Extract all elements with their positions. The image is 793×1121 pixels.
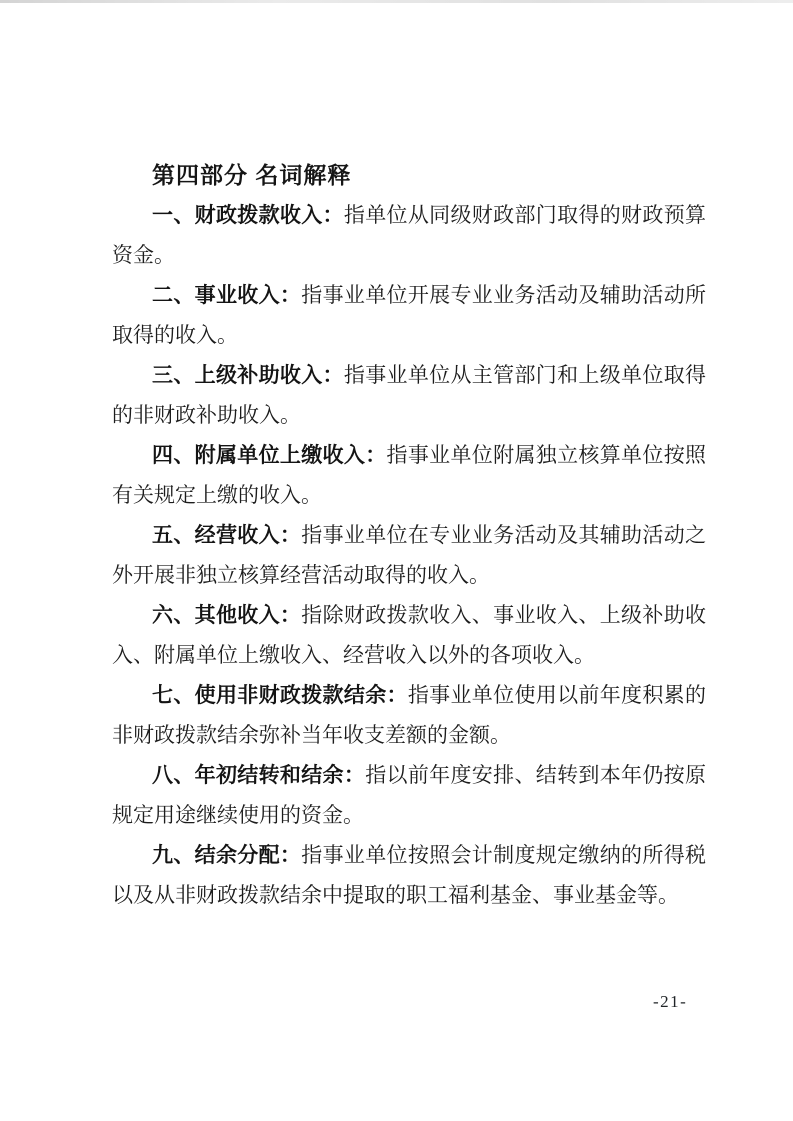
definition-line: 入、附属单位上缴收入、经营收入以外的各项收入。 bbox=[112, 635, 706, 675]
term-definition: 指事业单位按照会计制度规定缴纳的所得税 bbox=[301, 843, 706, 867]
definition-line: 以及从非财政拨款结余中提取的职工福利基金、事业基金等。 bbox=[112, 875, 706, 915]
term-label: 九、结余分配： bbox=[152, 843, 301, 867]
definition-item-7: 七、使用非财政拨款结余：指事业单位使用以前年度积累的 非财政拨款结余弥补当年收支… bbox=[112, 675, 706, 755]
section-title: 第四部分 名词解释 bbox=[112, 155, 706, 195]
definition-line: 六、其他收入：指除财政拨款收入、事业收入、上级补助收 bbox=[112, 595, 706, 635]
term-definition: 指事业单位从主管部门和上级单位取得 bbox=[344, 363, 706, 387]
term-definition: 指事业单位附属独立核算单位按照 bbox=[387, 443, 706, 467]
definition-line: 资金。 bbox=[112, 235, 706, 275]
definition-item-6: 六、其他收入：指除财政拨款收入、事业收入、上级补助收 入、附属单位上缴收入、经营… bbox=[112, 595, 706, 675]
term-label: 八、年初结转和结余： bbox=[152, 763, 365, 787]
term-definition: 指事业单位在专业业务活动及其辅助活动之 bbox=[301, 523, 706, 547]
definition-line: 外开展非独立核算经营活动取得的收入。 bbox=[112, 555, 706, 595]
definition-line: 七、使用非财政拨款结余：指事业单位使用以前年度积累的 bbox=[112, 675, 706, 715]
definition-item-5: 五、经营收入：指事业单位在专业业务活动及其辅助活动之 外开展非独立核算经营活动取… bbox=[112, 515, 706, 595]
term-label: 一、财政拨款收入： bbox=[152, 203, 344, 227]
document-page: 第四部分 名词解释 一、财政拨款收入：指单位从同级财政部门取得的财政预算 资金。… bbox=[0, 0, 793, 1121]
definition-item-1: 一、财政拨款收入：指单位从同级财政部门取得的财政预算 资金。 bbox=[112, 195, 706, 275]
term-label: 二、事业收入： bbox=[152, 283, 301, 307]
definition-line: 二、事业收入：指事业单位开展专业业务活动及辅助活动所 bbox=[112, 275, 706, 315]
definition-line: 五、经营收入：指事业单位在专业业务活动及其辅助活动之 bbox=[112, 515, 706, 555]
term-label: 四、附属单位上缴收入： bbox=[152, 443, 387, 467]
scan-artifact-top-edge bbox=[0, 0, 793, 3]
term-definition: 指除财政拨款收入、事业收入、上级补助收 bbox=[301, 603, 706, 627]
term-definition: 指单位从同级财政部门取得的财政预算 bbox=[344, 203, 706, 227]
definition-line: 取得的收入。 bbox=[112, 315, 706, 355]
term-label: 五、经营收入： bbox=[152, 523, 301, 547]
definition-line: 有关规定上缴的收入。 bbox=[112, 475, 706, 515]
term-definition: 指以前年度安排、结转到本年仍按原 bbox=[365, 763, 706, 787]
definition-line: 三、上级补助收入：指事业单位从主管部门和上级单位取得 bbox=[112, 355, 706, 395]
term-label: 七、使用非财政拨款结余： bbox=[152, 683, 408, 707]
definition-line: 的非财政补助收入。 bbox=[112, 395, 706, 435]
document-body: 第四部分 名词解释 一、财政拨款收入：指单位从同级财政部门取得的财政预算 资金。… bbox=[112, 155, 706, 915]
term-label: 三、上级补助收入： bbox=[152, 363, 344, 387]
term-definition: 指事业单位开展专业业务活动及辅助活动所 bbox=[301, 283, 706, 307]
definition-line: 非财政拨款结余弥补当年收支差额的金额。 bbox=[112, 715, 706, 755]
page-number: -21- bbox=[653, 992, 687, 1012]
term-definition: 指事业单位使用以前年度积累的 bbox=[408, 683, 706, 707]
term-label: 六、其他收入： bbox=[152, 603, 301, 627]
definition-line: 八、年初结转和结余：指以前年度安排、结转到本年仍按原 bbox=[112, 755, 706, 795]
definition-item-8: 八、年初结转和结余：指以前年度安排、结转到本年仍按原 规定用途继续使用的资金。 bbox=[112, 755, 706, 835]
definition-line: 四、附属单位上缴收入：指事业单位附属独立核算单位按照 bbox=[112, 435, 706, 475]
definition-line: 规定用途继续使用的资金。 bbox=[112, 795, 706, 835]
definition-item-3: 三、上级补助收入：指事业单位从主管部门和上级单位取得 的非财政补助收入。 bbox=[112, 355, 706, 435]
definition-line: 一、财政拨款收入：指单位从同级财政部门取得的财政预算 bbox=[112, 195, 706, 235]
definition-line: 九、结余分配：指事业单位按照会计制度规定缴纳的所得税 bbox=[112, 835, 706, 875]
definition-item-2: 二、事业收入：指事业单位开展专业业务活动及辅助活动所 取得的收入。 bbox=[112, 275, 706, 355]
definition-item-9: 九、结余分配：指事业单位按照会计制度规定缴纳的所得税 以及从非财政拨款结余中提取… bbox=[112, 835, 706, 915]
definition-item-4: 四、附属单位上缴收入：指事业单位附属独立核算单位按照 有关规定上缴的收入。 bbox=[112, 435, 706, 515]
